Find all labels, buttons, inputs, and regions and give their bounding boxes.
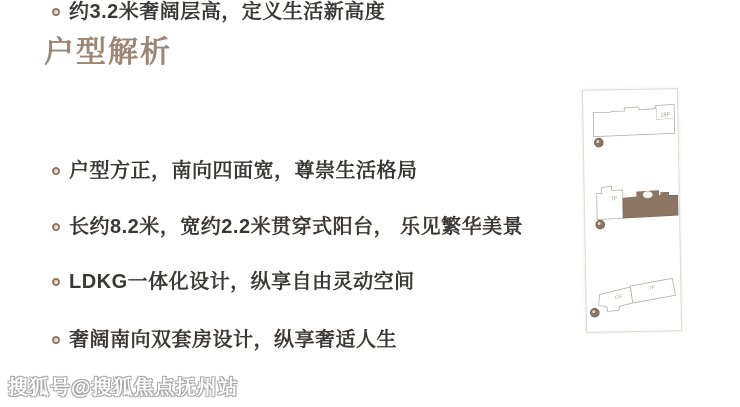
feature-item: LDKG一体化设计，纵享自由灵动空间 xyxy=(52,270,415,294)
feature-item: 约3.2米奢阔层高，定义生活新高度 xyxy=(52,0,385,24)
bullet-icon xyxy=(52,8,60,16)
floor-label: 7F xyxy=(649,285,656,292)
feature-item: 长约8.2米，宽约2.2米贯穿式阳台， 乐见繁华美景 xyxy=(52,215,523,239)
feature-text: 长约8.2米，宽约2.2米贯穿式阳台， 乐见繁华美景 xyxy=(69,215,523,239)
building-outline-top: 18F xyxy=(593,104,675,147)
bullet-icon xyxy=(52,167,60,175)
slide: 户型解析 户型方正，南向四面宽，尊崇生活格局 长约8.2米，宽约2.2米贯穿式阳… xyxy=(0,0,740,407)
bullet-icon xyxy=(52,223,60,231)
feature-item: 奢阔南向双套房设计，纵享奢适人生 xyxy=(52,328,397,352)
building-marker-icon xyxy=(594,138,603,147)
floor-label: 18F xyxy=(660,112,670,118)
page-title: 户型解析 xyxy=(44,27,172,71)
feature-text: 户型方正，南向四面宽，尊崇生活格局 xyxy=(69,159,418,183)
feature-text: LDKG一体化设计，纵享自由灵动空间 xyxy=(69,270,415,294)
bullet-icon xyxy=(52,278,60,286)
floor-label: 7F xyxy=(611,196,618,202)
bullet-icon xyxy=(52,336,60,344)
building-outline-middle: 7F xyxy=(595,185,678,229)
site-plan: 18F 7F 11F 7F xyxy=(583,89,681,332)
watermark: 搜狐号@搜狐焦点抚州站 xyxy=(8,371,239,400)
building-marker-icon xyxy=(596,220,605,229)
feature-text: 约3.2米奢阔层高，定义生活新高度 xyxy=(69,0,385,24)
building-outline-bottom: 11F 7F xyxy=(590,278,676,317)
building-marker-icon xyxy=(590,308,599,317)
feature-text: 奢阔南向双套房设计，纵享奢适人生 xyxy=(69,328,397,352)
site-plan-panel: 18F 7F 11F 7F xyxy=(582,88,682,333)
feature-item: 户型方正，南向四面宽，尊崇生活格局 xyxy=(52,159,418,183)
